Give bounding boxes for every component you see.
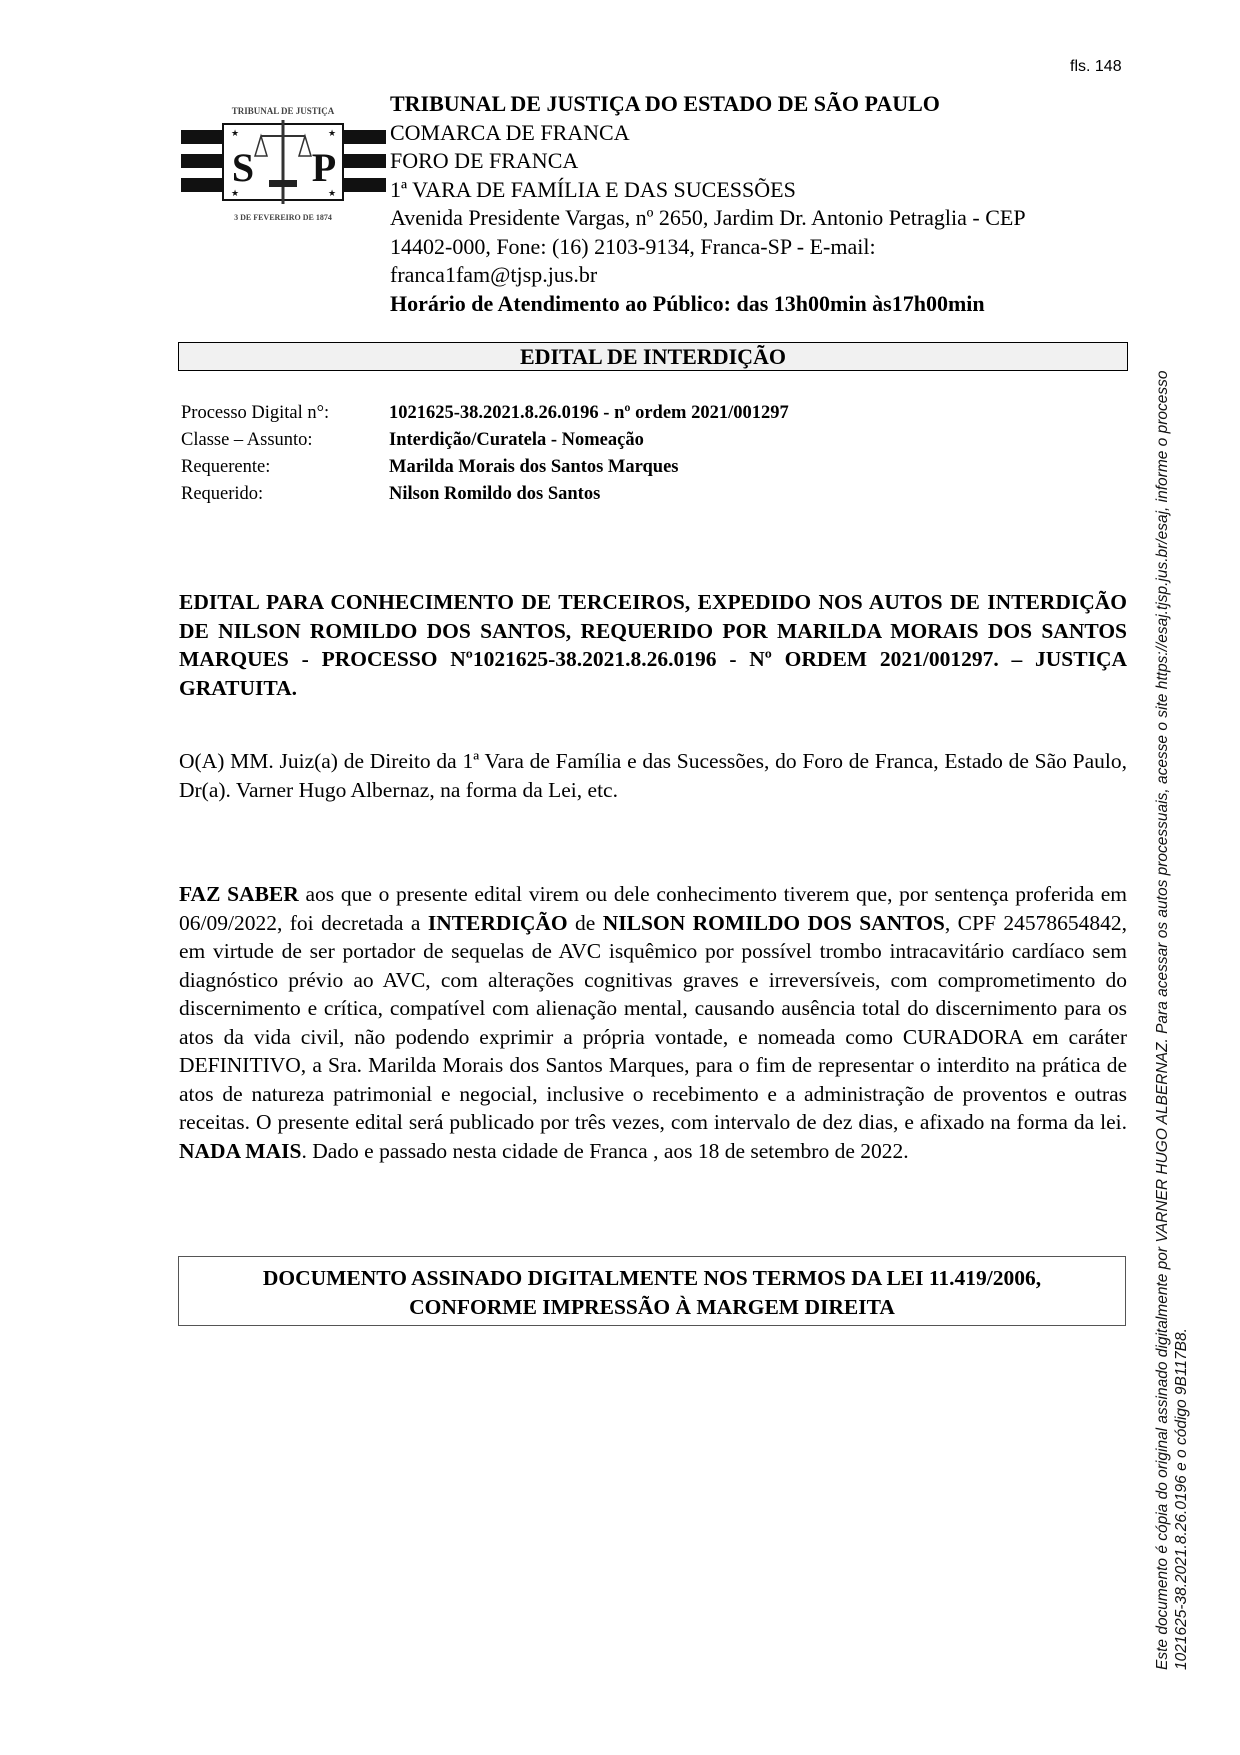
edital-heading: EDITAL PARA CONHECIMENTO DE TERCEIROS, E… <box>179 588 1127 702</box>
interdicao: INTERDIÇÃO <box>428 911 568 935</box>
address-line-2: 14402-000, Fone: (16) 2103-9134, Franca-… <box>390 233 1090 262</box>
body-text-3: , CPF 24578654842, em virtude de ser por… <box>179 911 1127 1135</box>
logo-letter-p: P <box>312 145 336 190</box>
digital-signature-box: DOCUMENTO ASSINADO DIGITALMENTE NOS TERM… <box>178 1256 1126 1326</box>
body-text-4: . Dado e passado nesta cidade de Franca … <box>301 1139 908 1163</box>
margin-verification-note: Este documento é cópia do original assin… <box>1153 230 1191 1670</box>
meta-label: Processo Digital n°: <box>181 400 389 427</box>
case-metadata: Processo Digital n°: 1021625-38.2021.8.2… <box>181 400 789 508</box>
meta-value: Interdição/Curatela - Nomeação <box>389 427 644 454</box>
intro-paragraph: O(A) MM. Juiz(a) de Direito da 1ª Vara d… <box>179 747 1127 804</box>
meta-row-requerido: Requerido: Nilson Romildo dos Santos <box>181 481 789 508</box>
vara: 1ª VARA DE FAMÍLIA E DAS SUCESSÕES <box>390 176 1090 205</box>
page-number: fls. 148 <box>1070 58 1122 76</box>
svg-text:★: ★ <box>231 128 239 138</box>
scales-of-justice-icon: TRIBUNAL DE JUSTIÇA S P ★ ★ ★ ★ 3 DE FEV… <box>181 76 386 226</box>
meta-label: Classe – Assunto: <box>181 427 389 454</box>
court-logo: TRIBUNAL DE JUSTIÇA S P ★ ★ ★ ★ 3 DE FEV… <box>181 76 386 226</box>
court-header: TRIBUNAL DE JUSTIÇA DO ESTADO DE SÃO PAU… <box>390 90 1090 318</box>
margin-note-line-1: Este documento é cópia do original assin… <box>1153 230 1172 1670</box>
logo-letter-s: S <box>232 145 254 190</box>
faz-saber: FAZ SABER <box>179 882 299 906</box>
svg-text:★: ★ <box>231 188 239 198</box>
signature-line-2: CONFORME IMPRESSÃO À MARGEM DIREITA <box>179 1293 1125 1322</box>
meta-row-classe: Classe – Assunto: Interdição/Curatela - … <box>181 427 789 454</box>
interdicted-name: NILSON ROMILDO DOS SANTOS <box>603 911 945 935</box>
logo-bottom-text: 3 DE FEVEREIRO DE 1874 <box>234 213 332 222</box>
document-title: EDITAL DE INTERDIÇÃO <box>178 342 1128 371</box>
meta-row-processo: Processo Digital n°: 1021625-38.2021.8.2… <box>181 400 789 427</box>
nada-mais: NADA MAIS <box>179 1139 301 1163</box>
svg-text:★: ★ <box>328 188 336 198</box>
email-link[interactable]: franca1fam@tjsp.jus.br <box>390 261 1090 290</box>
comarca: COMARCA DE FRANCA <box>390 119 1090 148</box>
svg-text:★: ★ <box>328 128 336 138</box>
foro: FORO DE FRANCA <box>390 147 1090 176</box>
meta-value: Nilson Romildo dos Santos <box>389 481 600 508</box>
body-text-2: de <box>568 911 603 935</box>
office-hours: Horário de Atendimento ao Público: das 1… <box>390 290 1090 319</box>
meta-label: Requerido: <box>181 481 389 508</box>
address-line-1: Avenida Presidente Vargas, nº 2650, Jard… <box>390 204 1090 233</box>
margin-note-line-2: 1021625-38.2021.8.26.0196 e o código 9B1… <box>1172 230 1191 1670</box>
meta-row-requerente: Requerente: Marilda Morais dos Santos Ma… <box>181 454 789 481</box>
logo-top-text: TRIBUNAL DE JUSTIÇA <box>232 106 335 116</box>
meta-label: Requerente: <box>181 454 389 481</box>
signature-line-1: DOCUMENTO ASSINADO DIGITALMENTE NOS TERM… <box>179 1264 1125 1293</box>
meta-value: 1021625-38.2021.8.26.0196 - nº ordem 202… <box>389 400 789 427</box>
court-name: TRIBUNAL DE JUSTIÇA DO ESTADO DE SÃO PAU… <box>390 90 1090 119</box>
meta-value: Marilda Morais dos Santos Marques <box>389 454 679 481</box>
body-paragraph: FAZ SABER aos que o presente edital vire… <box>179 880 1127 1165</box>
